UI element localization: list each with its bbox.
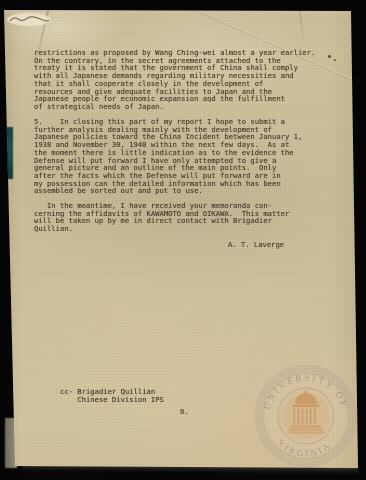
paragraph-meantime-affidavits: In the meantime, I have received your me…: [34, 202, 289, 233]
paper-tear-squiggle-icon: [8, 14, 50, 26]
page-number: 8.: [180, 409, 189, 417]
signature-name: A. T. Laverge: [228, 243, 284, 251]
ink-speck: [328, 55, 331, 58]
paragraph-treaty-terms: restrictions as proposed by Wang Ching-w…: [34, 49, 315, 111]
scanned-document-photo: restrictions as proposed by Wang Ching-w…: [0, 0, 366, 480]
ink-speck: [334, 59, 336, 61]
paragraph-5-closing-report: 5. In closing this part of my report I h…: [34, 118, 302, 195]
university-of-virginia-embossed-seal: UNIVERSITY OF VIRGINIA: [246, 356, 366, 476]
cc-block: cc- Brigadier Quillian Chinese Division …: [60, 388, 164, 403]
document-page: restrictions as proposed by Wang Ching-w…: [0, 0, 366, 480]
edge-damage-mark: [3, 127, 13, 179]
edge-damage-mark: [357, 186, 366, 201]
